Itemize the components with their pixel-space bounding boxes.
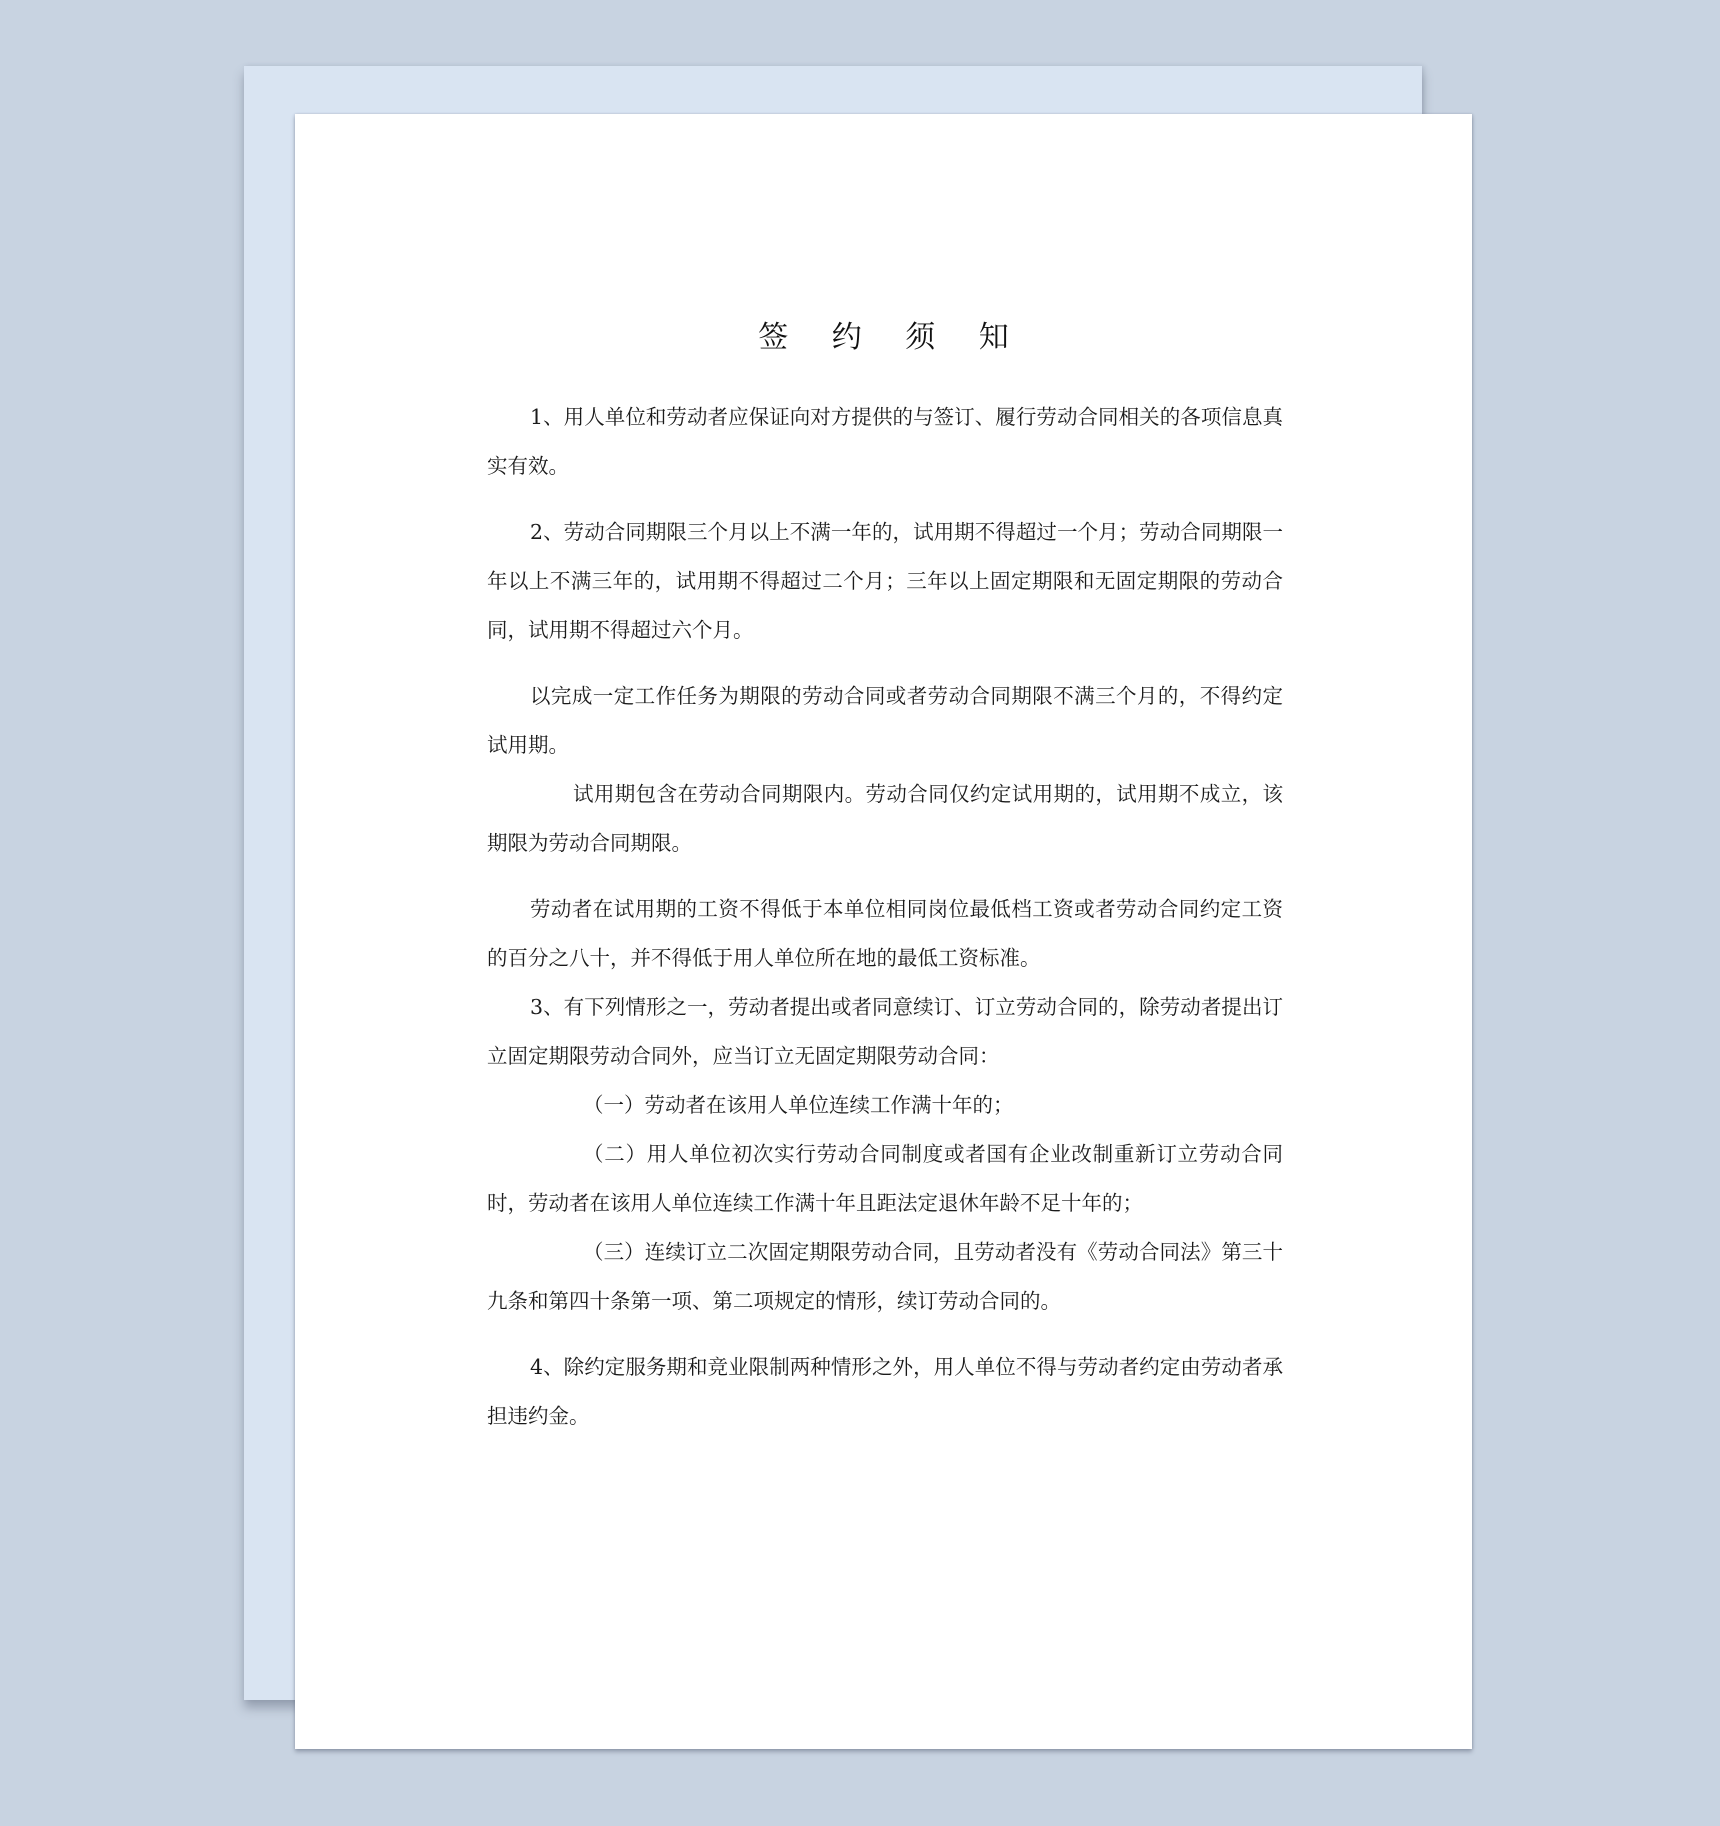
document-body: 1、用人单位和劳动者应保证向对方提供的与签订、履行劳动合同相关的各项信息真实有效…	[487, 393, 1283, 1441]
paragraph-2: 2、劳动合同期限三个月以上不满一年的，试用期不得超过一个月；劳动合同期限一年以上…	[487, 508, 1283, 655]
paragraph-6: 3、有下列情形之一，劳动者提出或者同意续订、订立劳动合同的，除劳动者提出订立固定…	[487, 983, 1283, 1081]
paragraph-5: 劳动者在试用期的工资不得低于本单位相同岗位最低档工资或者劳动合同约定工资的百分之…	[487, 885, 1283, 983]
paragraph-4: 试用期包含在劳动合同期限内。劳动合同仅约定试用期的，试用期不成立，该期限为劳动合…	[487, 770, 1283, 868]
document-title: 签 约 须 知	[295, 318, 1472, 358]
paragraph-7: （一）劳动者在该用人单位连续工作满十年的；	[487, 1081, 1283, 1130]
paragraph-3: 以完成一定工作任务为期限的劳动合同或者劳动合同期限不满三个月的，不得约定试用期。	[487, 672, 1283, 770]
paragraph-1: 1、用人单位和劳动者应保证向对方提供的与签订、履行劳动合同相关的各项信息真实有效…	[487, 393, 1283, 491]
paragraph-10: 4、除约定服务期和竞业限制两种情形之外，用人单位不得与劳动者约定由劳动者承担违约…	[487, 1343, 1283, 1441]
paragraph-8: （二）用人单位初次实行劳动合同制度或者国有企业改制重新订立劳动合同时，劳动者在该…	[487, 1130, 1283, 1228]
document-page: 签 约 须 知 1、用人单位和劳动者应保证向对方提供的与签订、履行劳动合同相关的…	[295, 114, 1472, 1749]
paragraph-9: （三）连续订立二次固定期限劳动合同，且劳动者没有《劳动合同法》第三十九条和第四十…	[487, 1228, 1283, 1326]
